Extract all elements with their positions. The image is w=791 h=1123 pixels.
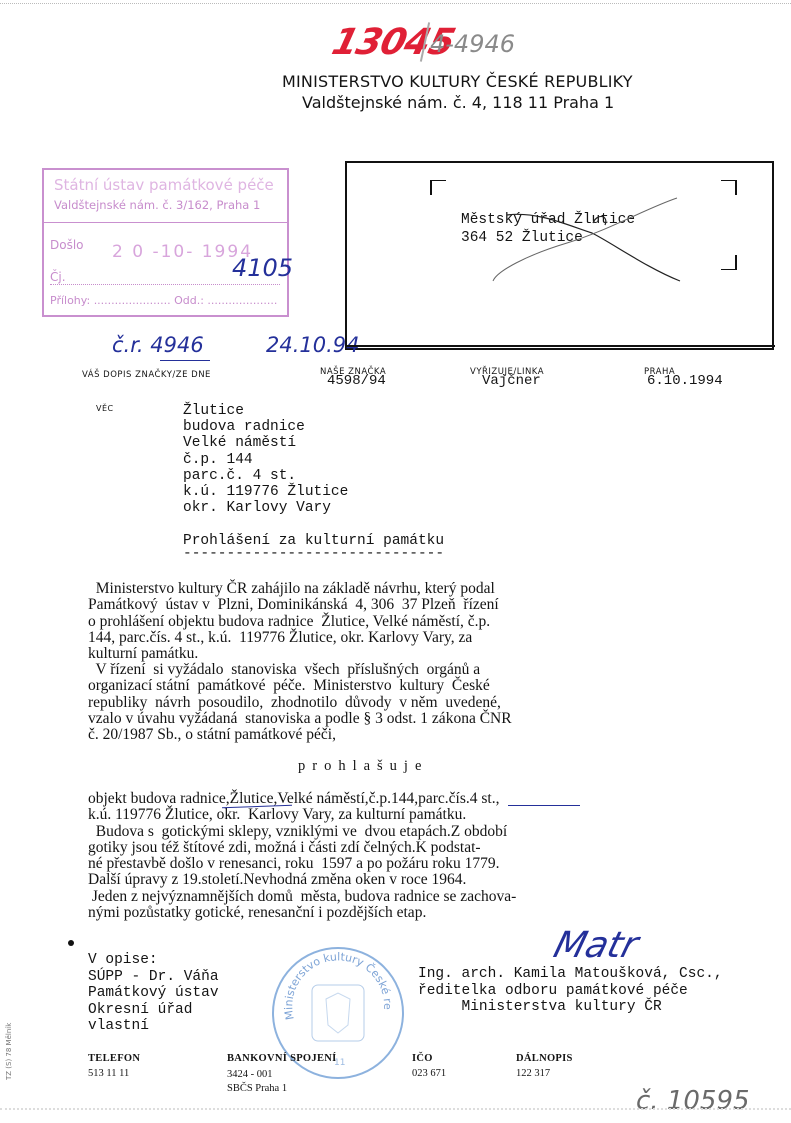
scan-edge-top (0, 3, 791, 6)
footer-telex-label: DÁLNOPIS (516, 1053, 573, 1064)
address-window: Městský úřad Žlutice 364 52 Žlutice (345, 161, 774, 350)
declaration-heading: prohlašuje (298, 758, 428, 775)
reference-rule (345, 345, 775, 347)
body-paragraph-1: Ministerstvo kultury ČR zahájilo na zákl… (88, 581, 499, 662)
footer-phone-label: TELEFON (88, 1053, 140, 1064)
body-paragraph-2: V řízení si vyžádalo stanoviska všech př… (88, 662, 512, 743)
letterhead-ministry: MINISTERSTVO KULTURY ČESKÉ REPUBLIKY (282, 72, 633, 91)
footer-telex-value: 122 317 (516, 1068, 550, 1079)
stamp-address: Valdštejnské nám. č. 3/162, Praha 1 (54, 198, 260, 212)
handwritten-reference: č.r. 4946 (112, 333, 204, 357)
footer-bank-label: BANKOVNÍ SPOJENÍ (227, 1053, 337, 1064)
handwritten-registry-suffix: 4-4946 (430, 30, 515, 58)
stamp-cj-label: Čj. (50, 270, 280, 285)
signer-block: Ing. arch. Kamila Matoušková, Csc., ředi… (418, 966, 723, 1016)
scan-edge-bottom (0, 1108, 791, 1112)
printer-imprint: TZ (S) 78 Mělník (5, 1023, 13, 1080)
handled-by-value: Vajčner (482, 373, 541, 389)
subject-title-rule: ------------------------------ (183, 546, 444, 562)
footer-ico-label: IČO (412, 1053, 433, 1064)
handwritten-underline (508, 805, 580, 806)
stamp-attachments-label: Přílohy: ...................... Odd.: ..… (50, 294, 277, 307)
body-paragraph-3: objekt budova radnice,Žlutice,Velké námě… (88, 791, 516, 921)
footer-bank-value: 3424 - 001 SBČS Praha 1 (227, 1068, 287, 1096)
your-letter-label: VÁŠ DOPIS ZNAČKY/ZE DNE (82, 370, 211, 380)
letter-date: 6.10.1994 (647, 373, 723, 389)
signature: Matr (550, 925, 643, 966)
stamp-received-label: Došlo (50, 238, 84, 252)
letterhead-address: Valdštejnské nám. č. 4, 118 11 Praha 1 (302, 93, 614, 112)
bullet-dot (68, 940, 74, 946)
received-stamp: Státní ústav památkové péče Valdštejnské… (42, 168, 289, 317)
subject-label: VĚC (96, 404, 114, 413)
reference-underline (160, 360, 210, 361)
footer-ico-value: 023 671 (412, 1068, 446, 1079)
our-ref-value: 4598/94 (327, 373, 386, 389)
subject-lines: Žlutice budova radnice Velké náměstí č.p… (183, 403, 348, 516)
footer-phone-value: 513 11 11 (88, 1068, 129, 1079)
copies-list: V opise: SÚPP - Dr. Váňa Památkový ústav… (88, 952, 219, 1035)
cross-out-mark-icon (347, 163, 772, 348)
stamp-institution: Státní ústav památkové péče (54, 176, 274, 194)
stamp-divider (44, 222, 287, 223)
